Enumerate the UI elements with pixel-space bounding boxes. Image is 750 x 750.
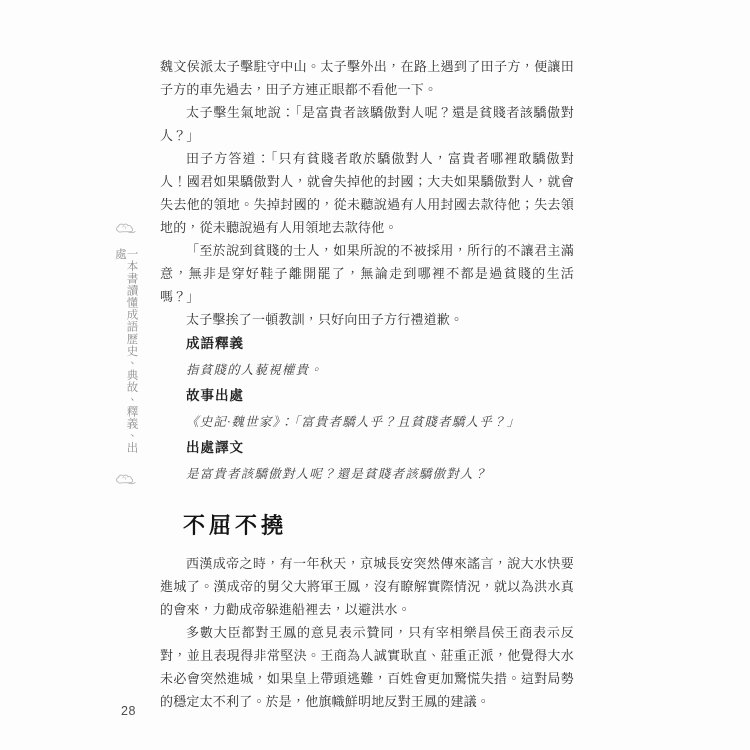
story-paragraph: 田子方答道：「只有貧賤者敢於驕傲對人，富貴者哪裡敢驕傲對人！國君如果驕傲對人，就… [160, 147, 574, 239]
idiom-title: 不屈不撓 [160, 511, 574, 541]
section-text-translation: 是富貴者該驕傲對人呢？還是貧賤者該驕傲對人？ [186, 461, 574, 487]
idiom-translation-section: 出處譯文 是富貴者該驕傲對人呢？還是貧賤者該驕傲對人？ [186, 435, 574, 487]
story-paragraph: 西漢成帝之時，有一年秋天，京城長安突然傳來謠言，說大水快要進城了。漢成帝的舅父大… [160, 552, 574, 621]
idiom-info-sections: 成語釋義 指貧賤的人藐視權貴。 故事出處 《史記·魏世家》：「富貴者驕人乎？且貧… [160, 331, 574, 487]
section-heading-translation: 出處譯文 [186, 435, 574, 461]
story-new-section: 不屈不撓 西漢成帝之時，有一年秋天，京城長安突然傳來謠言，說大水快要進城了。漢成… [160, 511, 574, 713]
section-heading-meaning: 成語釋義 [186, 331, 574, 357]
section-text-meaning: 指貧賤的人藐視權貴。 [186, 357, 574, 383]
idiom-source-section: 故事出處 《史記·魏世家》：「富貴者驕人乎？且貧賤者驕人乎？」 [186, 383, 574, 435]
story-continued-section: 魏文侯派太子擊駐守中山。太子擊外出，在路上遇到了田子方，便讓田子方的車先過去，田… [160, 55, 574, 487]
cloud-ornament-bottom-icon [113, 473, 137, 491]
story-paragraph: 多數大臣都對王鳳的意見表示贊同，只有宰相樂昌侯王商表示反對，並且表現得非常堅決。… [160, 621, 574, 713]
story-paragraph: 魏文侯派太子擊駐守中山。太子擊外出，在路上遇到了田子方，便讓田子方的車先過去，田… [160, 55, 574, 101]
section-heading-source: 故事出處 [186, 383, 574, 409]
page-content: 魏文侯派太子擊駐守中山。太子擊外出，在路上遇到了田子方，便讓田子方的車先過去，田… [160, 55, 574, 713]
book-page: 一本書讀懂成語歷史、典故、釋義、出處 魏文侯派太子擊駐守中山。太子擊外出，在路上… [0, 0, 750, 750]
story-body: 西漢成帝之時，有一年秋天，京城長安突然傳來謠言，說大水快要進城了。漢成帝的舅父大… [160, 552, 574, 713]
page-number: 28 [121, 704, 136, 718]
section-text-source: 《史記·魏世家》：「富貴者驕人乎？且貧賤者驕人乎？」 [186, 409, 574, 435]
story-paragraph: 太子擊挨了一頓教訓，只好向田子方行禮道歉。 [160, 308, 574, 331]
story-paragraph: 太子擊生氣地說：「是富貴者該驕傲對人呢？還是貧賤者該驕傲對人？」 [160, 101, 574, 147]
cloud-ornament-top-icon [113, 222, 137, 240]
idiom-meaning-section: 成語釋義 指貧賤的人藐視權貴。 [186, 331, 574, 383]
story-paragraph: 「至於說到貧賤的士人，如果所說的不被採用，所行的不讓君主滿意，無非是穿好鞋子離開… [160, 239, 574, 308]
book-title-sidebar: 一本書讀懂成語歷史、典故、釋義、出處 [103, 222, 147, 491]
book-title-vertical: 一本書讀懂成語歷史、典故、釋義、出處 [114, 248, 137, 464]
